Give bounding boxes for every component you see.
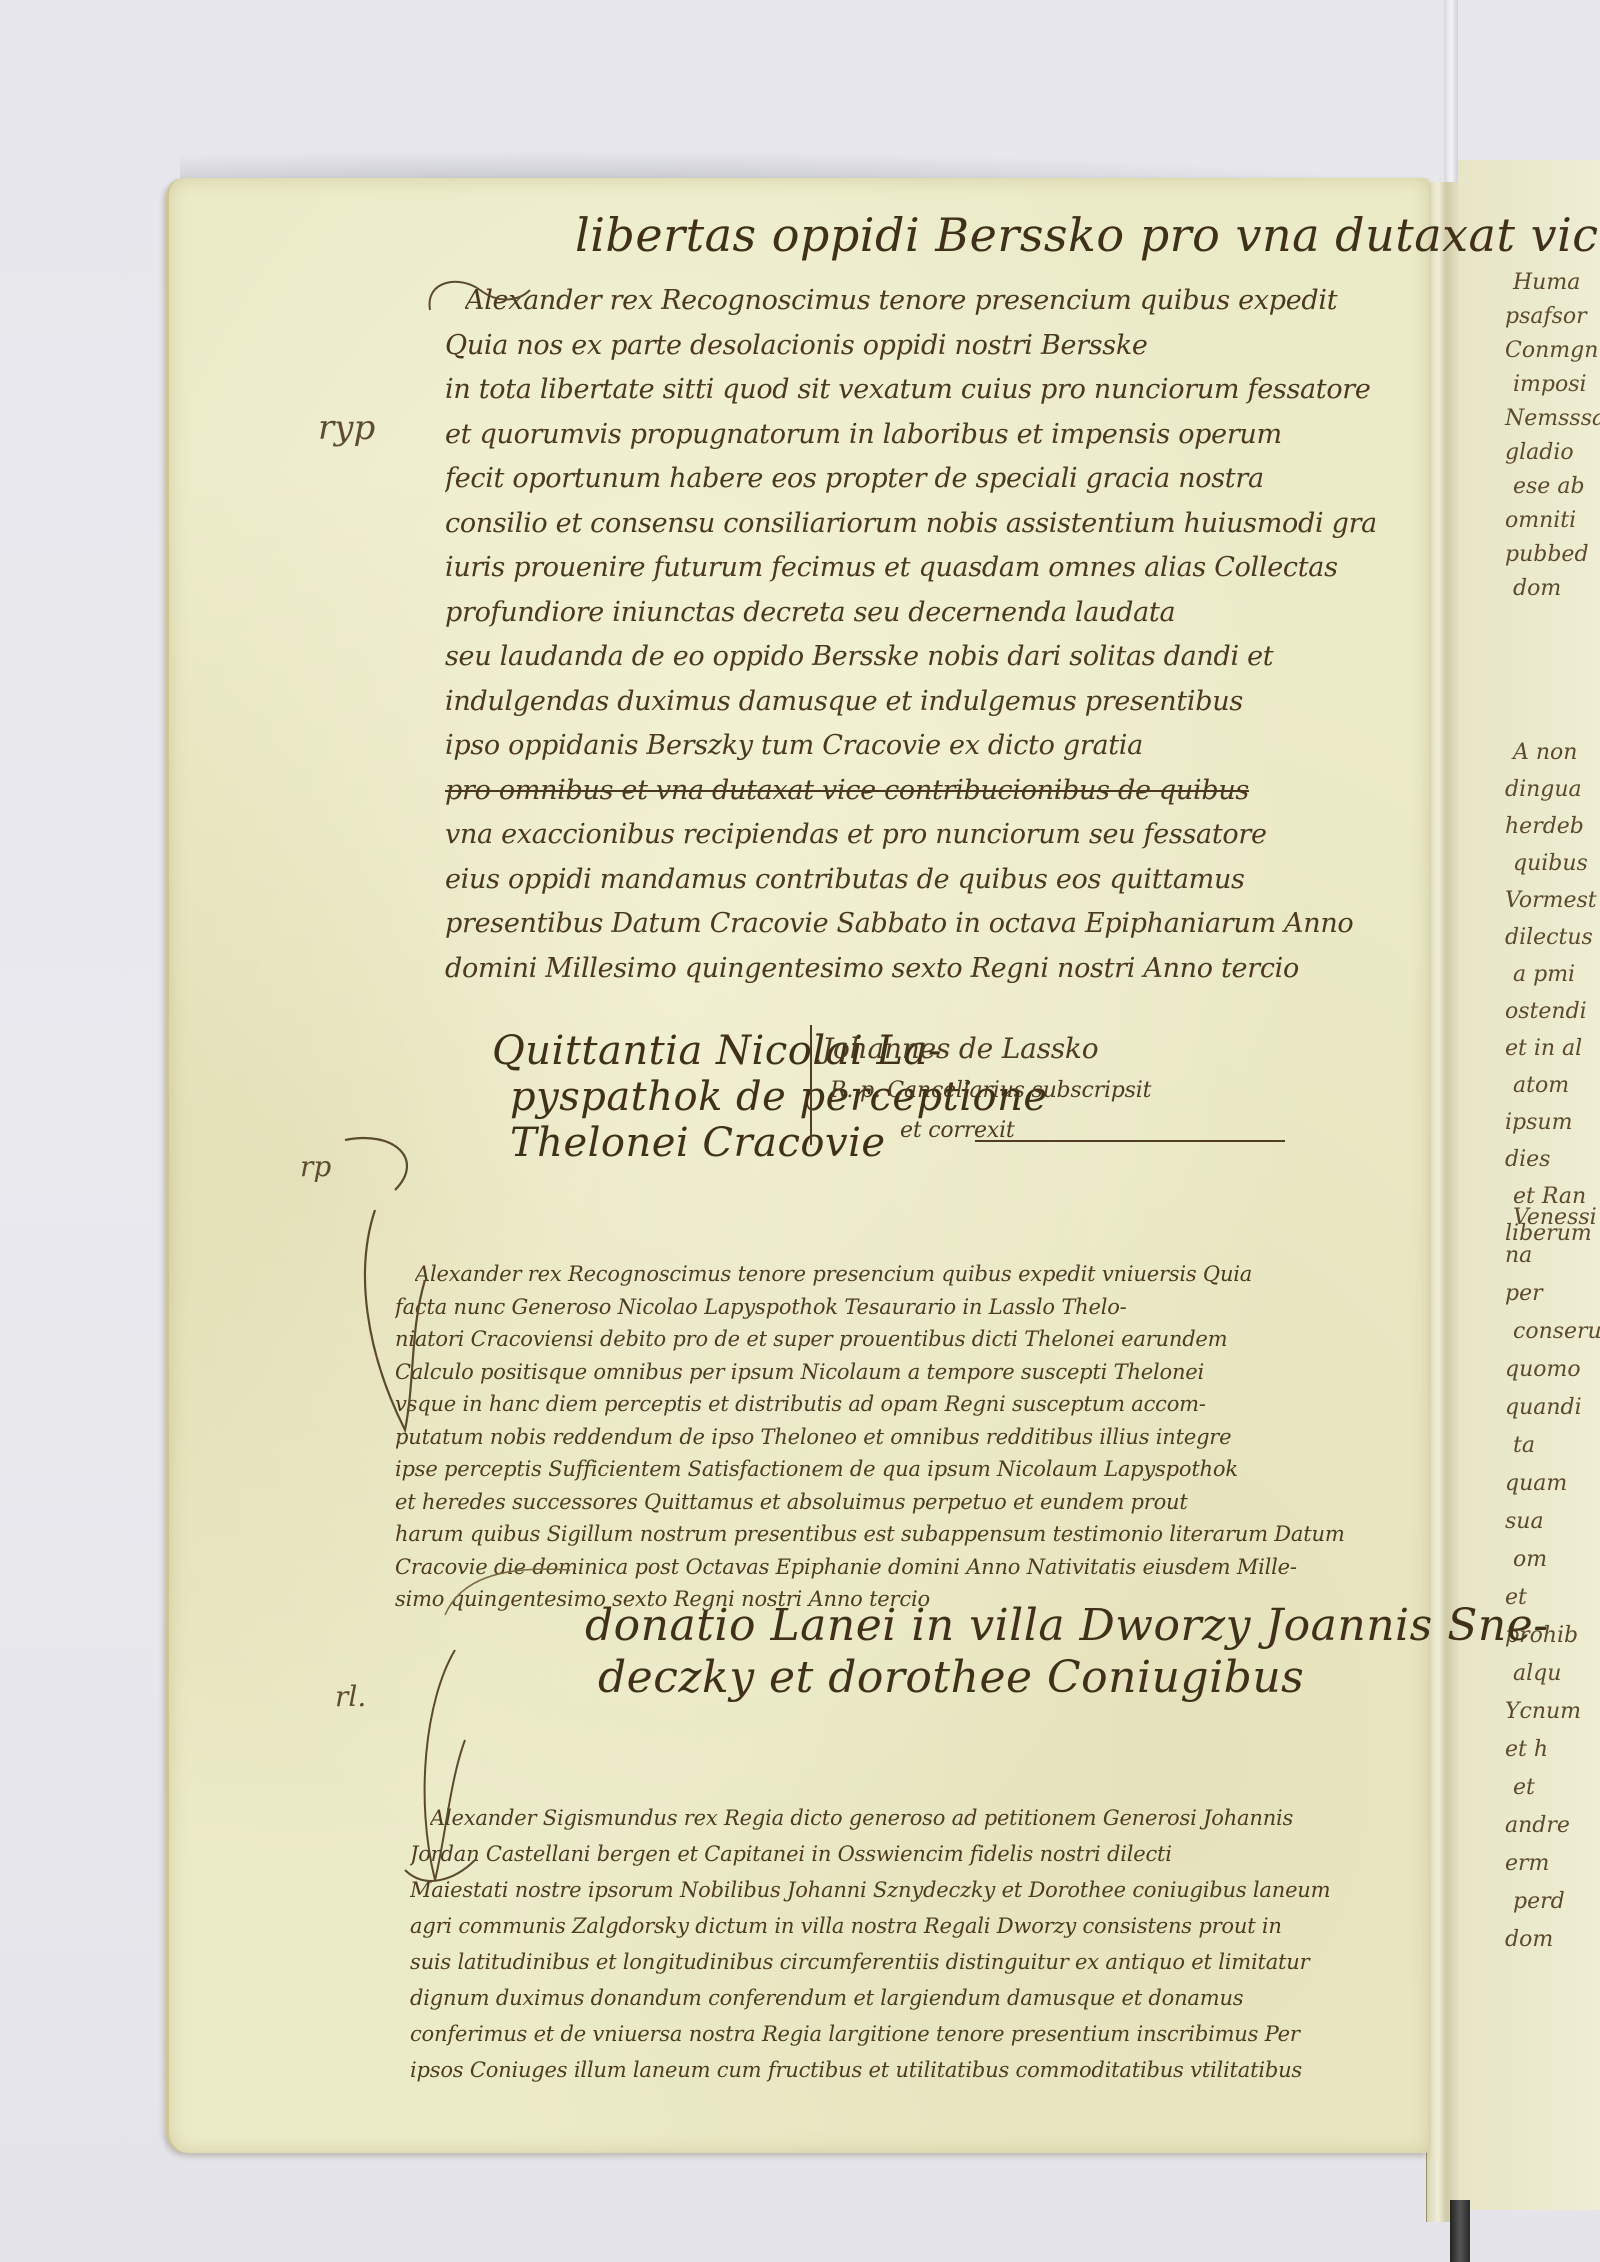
facing-page-fragment: erm [1505,1851,1549,1876]
facing-page-fragment: na [1505,1243,1532,1268]
text-line: putatum nobis reddendum de ipso Theloneo… [395,1425,1355,1449]
facing-page-fragment: dingua [1505,777,1582,802]
text-line: Quia nos ex parte desolacionis oppidi no… [445,330,1375,361]
binding-strip-bottom [1450,2200,1470,2262]
text-line: harum quibus Sigillum nostrum presentibu… [395,1522,1355,1546]
text-line: Jordan Castellani bergen et Capitanei in… [410,1842,1390,1866]
text-line: vna exaccionibus recipiendas et pro nunc… [445,819,1375,850]
facing-page-fragment: et in al [1505,1036,1582,1061]
text-line: ipse perceptis Sufficientem Satisfaction… [395,1457,1355,1481]
text-line: Alexander rex Recognoscimus tenore prese… [415,1262,1375,1286]
facing-page-fragment: conseru [1513,1319,1600,1344]
binding-strip-top [1444,0,1458,190]
text-line: Calculo positisque omnibus per ipsum Nic… [395,1360,1355,1384]
facing-page-fragment: Vormest [1505,888,1597,913]
facing-page-fragment: dies [1505,1147,1550,1172]
text-line: ipso oppidanis Berszky tum Cracovie ex d… [445,730,1375,761]
text-line: consilio et consensu consiliariorum nobi… [445,508,1375,539]
book-gutter [1426,182,1459,2222]
facing-page-fragment: atom [1513,1073,1569,1098]
facing-page-fragment: Ycnum [1505,1699,1581,1724]
facing-page-fragment: imposi [1513,372,1587,397]
facing-page-fragment: quomo [1505,1357,1581,1382]
text-line: pro omnibus et vna dutaxat vice contribu… [445,775,1375,806]
text-line: agri communis Zalgdorsky dictum in villa… [410,1914,1390,1938]
facing-page-fragment: Huma [1513,270,1580,295]
facing-page-fragment: herdeb [1505,814,1584,839]
facing-page-fragment: sua [1505,1509,1544,1534]
initial-flourish-2 [335,1130,455,1450]
margin-note-1: ryp [318,408,375,448]
facing-page-fragment: ese ab [1513,474,1585,499]
text-line: Maiestati nostre ipsorum Nobilibus Johan… [410,1878,1390,1902]
text-line: profundiore iniunctas decreta seu decern… [445,597,1375,628]
facing-page-fragment: alqu [1513,1661,1561,1686]
facing-page-fragment: dilectus [1505,925,1593,950]
entry-2-side-note-line-1: Johannes de Lassko [822,1032,1098,1065]
facing-page-fragment: dom [1505,1927,1553,1952]
facing-page-fragment: pubbed [1505,542,1589,567]
facing-page-fragment: quam [1505,1471,1567,1496]
facing-page-fragment: et h [1505,1737,1548,1762]
facing-page-fragment: Venessi [1513,1205,1597,1230]
text-line: fecit oportunum habere eos propter de sp… [445,463,1375,494]
facing-page-fragment: omniti [1505,508,1576,533]
initial-flourish-4 [440,1560,580,1620]
column-divider [810,1025,812,1145]
text-line: domini Millesimo quingentesimo sexto Reg… [445,953,1375,984]
facing-page-fragment: ostendi [1505,999,1587,1024]
text-line: Alexander rex Recognoscimus tenore prese… [465,285,1395,316]
entry-3-heading-line-2: deczky et dorothee Coniugibus [598,1652,1304,1703]
facing-page-fragment: et [1513,1775,1535,1800]
text-line: eius oppidi mandamus contributas de quib… [445,864,1375,895]
facing-page-fragment: Conmgn [1505,338,1598,363]
initial-flourish-3 [395,1640,485,1900]
facing-page-fragment: quibus [1513,851,1588,876]
entry-2-heading-line-3: Thelonei Cracovie [510,1120,886,1166]
margin-note-2: rp [300,1150,331,1183]
text-line: niatori Cracoviensi debito pro de et sup… [395,1327,1355,1351]
entry-2-side-note-line-2: R. p. Cancellarius subscripsit [830,1078,1151,1103]
text-line: seu laudanda de eo oppido Bersske nobis … [445,641,1375,672]
facing-page-fragment: andre [1505,1813,1570,1838]
text-line: Alexander Sigismundus rex Regia dicto ge… [430,1806,1410,1830]
facing-page-fragment: a pmi [1513,962,1575,987]
facing-page-fragment: ta [1513,1433,1535,1458]
facing-page-fragment: perd [1513,1889,1565,1914]
facing-page-fragment: dom [1513,576,1561,601]
facing-page-fragment: A non [1513,740,1577,765]
text-line: suis latitudinibus et longitudinibus cir… [410,1950,1390,1974]
text-line: dignum duximus donandum conferendum et l… [410,1986,1390,2010]
entry-1-heading: libertas oppidi Berssko pro vna dutaxat … [575,208,1600,262]
text-line: vsque in hanc diem perceptis et distribu… [395,1392,1355,1416]
text-line: iuris prouenire futurum fecimus et quasd… [445,552,1375,583]
facing-page-fragment: quandi [1505,1395,1582,1420]
margin-note-3: rl. [335,1680,366,1713]
entry-3-heading-line-1: donatio Lanei in villa Dworzy Joannis Sn… [585,1600,1549,1651]
facing-page-fragment: om [1513,1547,1547,1572]
text-line: conferimus et de vniuersa nostra Regia l… [410,2022,1390,2046]
text-line: in tota libertate sitti quod sit vexatum… [445,374,1375,405]
facing-page-fragment: per [1505,1281,1543,1306]
text-line: facta nunc Generoso Nicolao Lapyspothok … [395,1295,1355,1319]
text-line: et quorumvis propugnatorum in laboribus … [445,419,1375,450]
text-line: ipsos Coniuges illum laneum cum fructibu… [410,2058,1390,2082]
text-line: indulgendas duximus damusque et indulgem… [445,686,1375,717]
text-line: presentibus Datum Cracovie Sabbato in oc… [445,908,1375,939]
initial-flourish-1 [420,270,540,330]
facing-page-fragment: Nemsssa [1505,406,1600,431]
facing-page-fragment: ipsum [1505,1110,1572,1135]
facing-page-fragment: psafsor [1505,304,1587,329]
facing-page-fragment: gladio [1505,440,1574,465]
text-line: et heredes successores Quittamus et abso… [395,1490,1355,1514]
side-note-underline [975,1140,1285,1142]
